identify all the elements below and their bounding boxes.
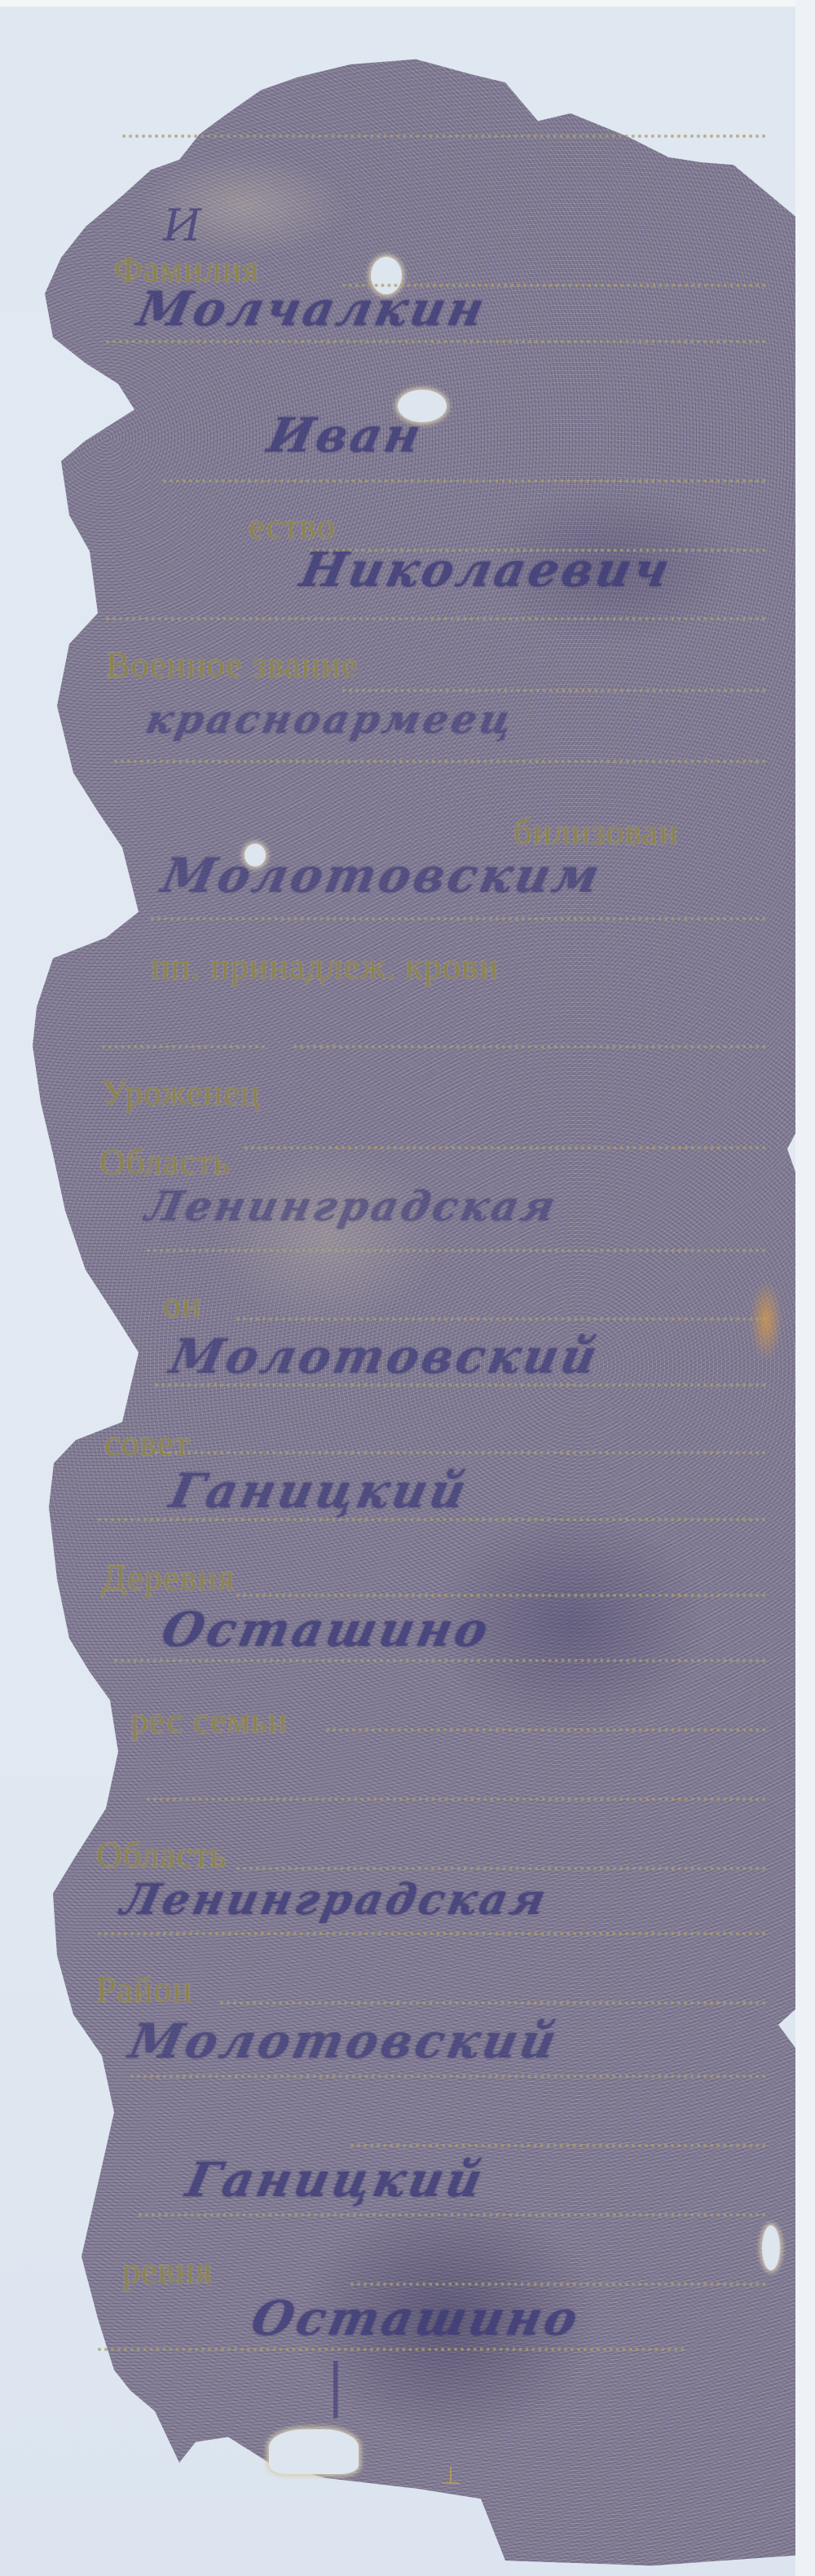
form-rule bbox=[102, 1045, 265, 1048]
scan-edge-right bbox=[795, 0, 815, 2576]
form-rule bbox=[220, 2001, 766, 2005]
form-rule bbox=[139, 2213, 766, 2217]
label-family-address: рес семьи bbox=[130, 1700, 288, 1741]
value-surname: Молчалкин bbox=[133, 281, 492, 337]
form-rule bbox=[114, 760, 766, 763]
value-village-birth: Осташино bbox=[157, 1602, 496, 1657]
value-raion-birth: Молотовский bbox=[165, 1329, 606, 1384]
form-rule bbox=[326, 1728, 766, 1731]
form-rule bbox=[98, 1932, 766, 1935]
label-patronymic: ество bbox=[249, 505, 336, 547]
printer-mark-icon: ⊥ bbox=[440, 2462, 461, 2490]
value-first-name: Иван bbox=[263, 408, 429, 463]
handwritten-stroke: | bbox=[326, 2352, 346, 2419]
value-village-family: Осташино bbox=[247, 2291, 586, 2346]
form-rule bbox=[342, 689, 766, 692]
scan-edge-top bbox=[0, 0, 815, 7]
label-raion-family: Район bbox=[96, 1969, 192, 2010]
form-rule bbox=[236, 1867, 766, 1870]
form-rule bbox=[106, 340, 766, 343]
paper-hole bbox=[762, 2225, 780, 2270]
label-military-rank: Военное звание bbox=[106, 644, 358, 686]
form-rule bbox=[350, 2283, 766, 2286]
label-blood-group: пп. принадлеж. крови bbox=[151, 946, 499, 987]
value-mobilized: Молотовским bbox=[157, 848, 608, 903]
paper-hole bbox=[269, 2429, 359, 2474]
value-military-rank: красноармеец bbox=[142, 697, 519, 743]
label-village-family: ревня bbox=[122, 2250, 213, 2291]
form-rule bbox=[122, 135, 766, 138]
value-oblast-birth: Ленинградская bbox=[142, 1182, 563, 1230]
form-rule bbox=[163, 479, 766, 483]
form-rule bbox=[147, 1797, 766, 1801]
label-oblast-family: Область bbox=[96, 1834, 227, 1876]
form-rule bbox=[293, 1045, 766, 1048]
label-mobilized: билизован bbox=[513, 811, 679, 853]
rust-stain bbox=[750, 1280, 782, 1361]
label-village-birth: Деревня bbox=[102, 1557, 235, 1599]
form-rule bbox=[130, 2075, 766, 2078]
form-rule bbox=[98, 2348, 685, 2351]
value-raion-family: Молотовский bbox=[125, 2014, 565, 2069]
form-rule bbox=[147, 1249, 766, 1252]
form-rule bbox=[155, 1451, 766, 1454]
value-selsovet-family: Ганицкий bbox=[182, 2152, 491, 2208]
form-rule bbox=[106, 617, 766, 620]
form-rule bbox=[236, 1317, 766, 1321]
value-oblast-family: Ленинградская bbox=[117, 1875, 553, 1925]
handwritten-mark: И bbox=[163, 200, 201, 251]
form-rule bbox=[236, 1594, 766, 1597]
form-rule bbox=[244, 1146, 766, 1149]
form-rule bbox=[350, 2144, 766, 2147]
form-rule bbox=[151, 917, 766, 920]
value-selsovet-birth: Ганицкий bbox=[165, 1463, 474, 1519]
form-rule bbox=[114, 1659, 766, 1662]
label-native-of: Уроженец bbox=[102, 1072, 260, 1114]
label-raion-birth: он bbox=[163, 1284, 202, 1325]
label-oblast-birth: Область bbox=[99, 1141, 230, 1183]
label-selsovet-birth: совет bbox=[104, 1423, 191, 1464]
value-patronymic: Николаевич bbox=[296, 542, 677, 598]
